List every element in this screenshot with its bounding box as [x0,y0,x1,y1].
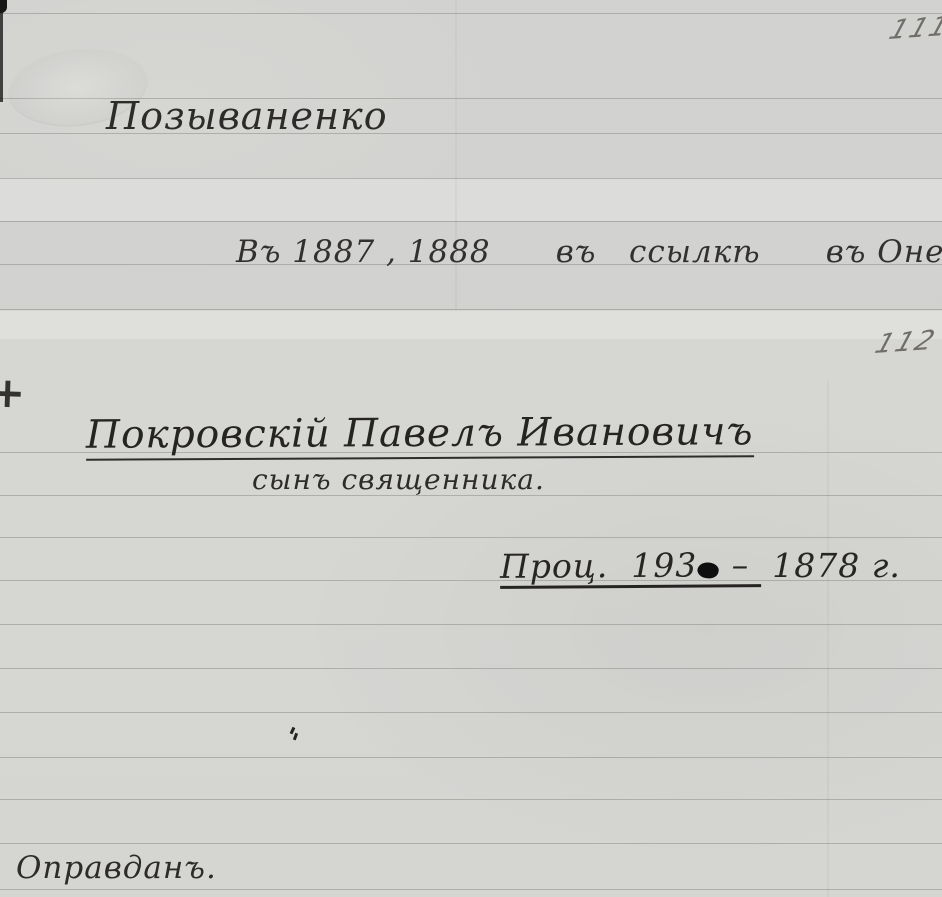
ruled-line [0,799,942,800]
trial-underlined-group: Проц. 193 – [500,548,761,589]
ruled-line [0,668,942,669]
scan-edge-artifact [0,0,7,13]
entry-112-trial-line: Проц. 193 – 1878 г. [500,549,901,588]
stray-ink-mark [291,727,295,741]
ruled-line [0,13,942,14]
ruled-line [0,624,942,625]
ruled-line [0,221,942,222]
trial-year: 1878 г. [761,549,901,582]
entry-112-origin: сынъ священника. [252,466,545,494]
trial-dash: – [720,548,761,581]
trial-label: Проц. 193 [500,549,697,583]
ruled-line [0,843,942,844]
ruled-line [0,889,942,890]
page-number-111: 111 [885,11,942,46]
ink-blot [696,560,720,580]
ruled-line [0,178,942,179]
scan-edge-artifact [0,0,3,102]
scanned-register-page: 111 112 Позываненко Въ 1887 , 1888 въ сс… [0,0,942,897]
entry-111-exile-note: Въ 1887 , 1888 въ ссылкѣ въ Онегѣ [236,237,942,268]
ruled-line [0,712,942,713]
ruled-line [0,757,942,758]
paper-light-band [0,178,942,221]
ruled-line [0,537,942,538]
ruled-line [0,309,942,310]
entry-112-verdict: Оправданъ. [16,853,217,884]
entry-111-surname: Позываненко [106,97,388,135]
scan-seam-band [0,311,942,339]
entry-112-full-name: Покровскій Павелъ Ивановичъ [86,412,754,460]
fold-streak [827,380,829,897]
page-number-112: 112 [871,325,940,360]
margin-cross-mark: + [0,367,26,417]
